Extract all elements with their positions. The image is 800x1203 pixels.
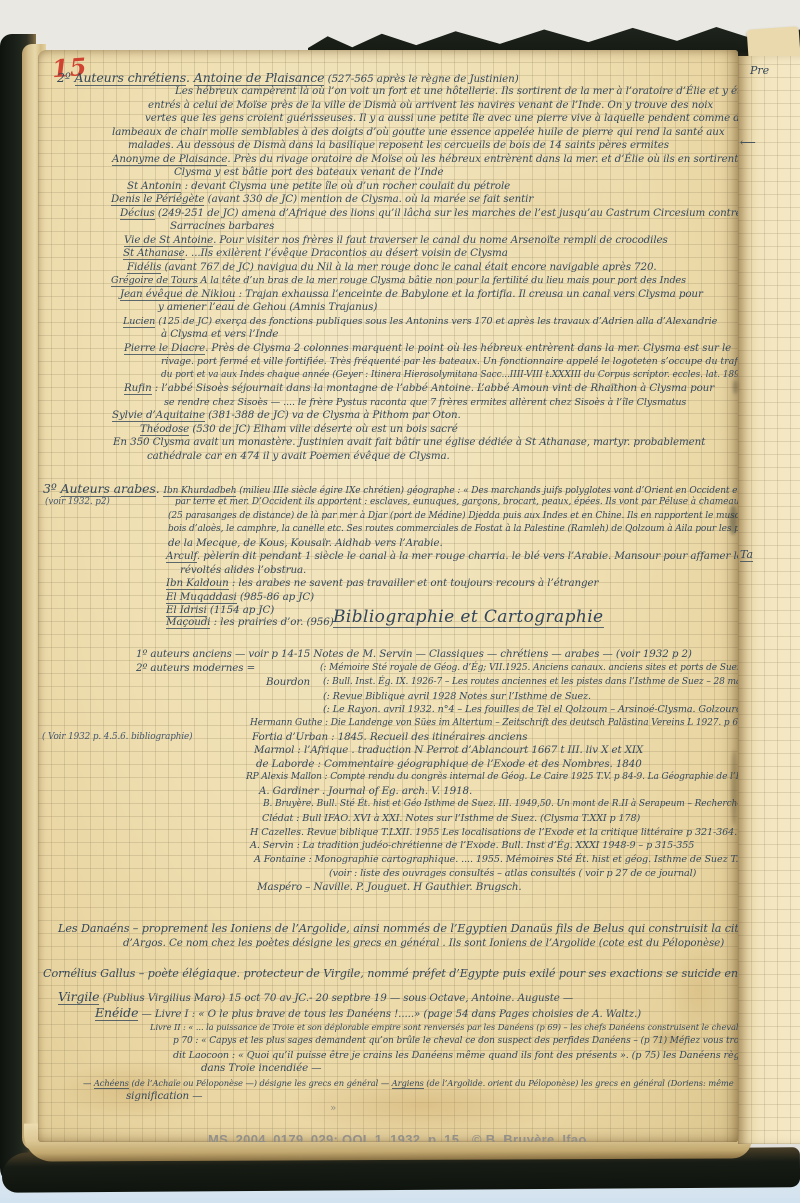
manuscript-line-segment: . ...Ils exilèrent l’évêque Dracontios a… <box>185 247 508 259</box>
manuscript-line: 2º Auteurs chrétiens. Antoine de Plaisan… <box>57 71 519 86</box>
manuscript-line-segment: dans Troie incendiée — <box>201 1062 321 1074</box>
manuscript-line: Marmol : l’Afrique . traduction N Perrot… <box>254 744 643 757</box>
manuscript-line: Pierre le Diacre. Près de Clysma 2 colon… <box>124 342 731 355</box>
manuscript-line-segment: 2º auteurs modernes = <box>136 662 255 674</box>
manuscript-line-segment: . Pour visiter nos frères il faut traver… <box>213 234 668 246</box>
manuscript-line-segment: RP Alexis Mallon : Compte rendu du congr… <box>246 772 738 782</box>
manuscript-line-segment: Livre II : « ... la puissance de Troie e… <box>150 1022 738 1032</box>
manuscript-line-segment: St Antonin <box>127 180 181 193</box>
manuscript-line: de la Mecque, de Kous, Kousaïr. Aidhab v… <box>168 537 443 550</box>
manuscript-line: Ibn Kaldoun : les arabes ne savent pas t… <box>166 577 598 590</box>
manuscript-line: 1º auteurs anciens — voir p 14-15 Notes … <box>136 648 692 661</box>
manuscript-line: Jean évêque de Nikiou : Trajan exhaussa … <box>120 288 703 301</box>
manuscript-line-segment: ( Voir 1932 p. 4.5.6. bibliographie) <box>42 732 193 742</box>
manuscript-line: Décius (249-251 de JC) amena d’Afrique d… <box>120 207 738 220</box>
manuscript-line-segment: signification — <box>126 1090 202 1102</box>
archive-caption-credit: © B. Bruyère, Ifao <box>472 1132 587 1142</box>
manuscript-line-segment: Marmol : l’Afrique . traduction N Perrot… <box>254 744 643 756</box>
manuscript-line-segment: Jean évêque de Nikiou <box>120 288 235 301</box>
manuscript-line-segment: Enéide <box>95 1005 138 1021</box>
manuscript-line-segment: (: Revue Biblique avril 1928 Notes sur l… <box>323 691 591 702</box>
manuscript-line: B. Bruyère. Bull. Sté Ét. hist et Géo Is… <box>263 798 738 811</box>
manuscript-line-segment: St Athanase <box>123 247 185 260</box>
manuscript-line-segment: révoltés alides l’obstrua. <box>180 564 306 576</box>
manuscript-line: 2º auteurs modernes = <box>136 662 255 675</box>
manuscript-line-segment: (381-388 de JC) va de Clysma à Pithom pa… <box>205 409 461 421</box>
next-page-text-fragment: ⟵ <box>740 136 756 149</box>
manuscript-line: Clysma y est bâtie port des bateaux vena… <box>174 166 443 179</box>
manuscript-line: se rendre chez Sisoès — .... le frère Py… <box>164 396 686 409</box>
manuscript-line-segment: : les arabes ne savent pas travailler et… <box>229 577 599 589</box>
manuscript-line-segment: bois d’aloès, le camphre, la canelle etc… <box>168 524 738 534</box>
archive-caption-id: MS_2004_0179_029: QOL 1, 1932, p. 15 <box>208 1132 459 1142</box>
manuscript-line-segment: (: Bull. Inst. Ég. IX. 1926-7 – Les rout… <box>323 677 738 687</box>
manuscript-line-segment: El Muqaddasi <box>166 591 237 604</box>
manuscript-line: Livre II : « ... la puissance de Troie e… <box>150 1021 738 1034</box>
manuscript-line-segment: — <box>83 1078 94 1088</box>
manuscript-line-segment: A la tête d’un bras de la mer rouge Clys… <box>198 275 686 286</box>
manuscript-line: A Fontaine : Monographie cartographique.… <box>254 853 738 866</box>
manuscript-line: En 350 Clysma avait un monastère. Justin… <box>113 436 705 449</box>
manuscript-line-segment: par terre et mer. D’Occident ils apporte… <box>175 497 738 507</box>
manuscript-line: Maspéro – Naville. P. Jouguet. H Gauthie… <box>257 881 522 894</box>
manuscript-line-segment: p 70 : « Capys et les plus sages demande… <box>173 1036 738 1046</box>
manuscript-line-segment: cathédrale car en 474 il y avait Poemen … <box>147 450 450 462</box>
manuscript-line: Les Danaéns – proprement les Ioniens de … <box>58 922 738 935</box>
manuscript-line-segment: Pierre le Diacre <box>124 342 205 355</box>
manuscript-line: Maçoudi : les prairies d’or. (956) <box>166 616 334 629</box>
manuscript-line: H Cazelles. Revue biblique T.LXII. 1955 … <box>250 826 737 839</box>
manuscript-line-segment: (1154 ap JC) <box>207 604 275 616</box>
manuscript-line: Enéide — Livre I : « O le plus brave de … <box>95 1006 641 1021</box>
manuscript-line: Bourdon <box>266 676 310 689</box>
biblio-heading: Bibliographie et Cartographie <box>333 606 604 628</box>
manuscript-line: rivage. port fermé et ville fortifiée. T… <box>161 355 738 368</box>
manuscript-line: Anonyme de Plaisance. Près du rivage ora… <box>112 153 738 166</box>
manuscript-line-segment: — Livre I : « O le plus brave de tous le… <box>138 1008 641 1020</box>
manuscript-line-segment: Bibliographie et Cartographie <box>333 607 604 628</box>
manuscript-line-segment: (527-565 après le règne de Justinien) <box>324 73 518 85</box>
manuscript-line-segment: (voir : liste des ouvrages consultés – a… <box>329 868 696 879</box>
manuscript-line-segment: de la Mecque, de Kous, Kousaïr. Aidhab v… <box>168 537 443 549</box>
manuscript-line-segment: (avant 330 de JC) mention de Clysma. où … <box>204 193 533 205</box>
manuscript-line-segment: Sarracines barbares <box>170 220 274 232</box>
manuscript-line-segment: Ibn Kaldoun <box>166 577 229 590</box>
manuscript-line-segment: 1º auteurs anciens — voir p 14-15 Notes … <box>136 648 692 660</box>
manuscript-line-segment: (Publius Virgilius Maro) 15 oct 70 av JC… <box>99 992 573 1004</box>
manuscript-line: Cornélius Gallus – poète élégiaque. prot… <box>43 967 738 980</box>
manuscript-line-segment: A. Servin : La tradition judéo-chrétienn… <box>250 840 694 851</box>
manuscript-line-segment: A Fontaine : Monographie cartographique.… <box>254 854 738 865</box>
manuscript-line: du port et va aux Indes chaque année (Ge… <box>161 369 738 382</box>
manuscript-line: (voir : liste des ouvrages consultés – a… <box>329 867 696 880</box>
manuscript-line-segment: du port et va aux Indes chaque année (Ge… <box>161 370 738 380</box>
manuscript-line-segment: Clysma y est bâtie port des bateaux vena… <box>174 166 443 178</box>
manuscript-line: révoltés alides l’obstrua. <box>180 564 306 577</box>
manuscript-line-segment: à Clysma et vers l’Inde <box>161 328 278 340</box>
manuscript-line-segment: de Laborde : Commentaire géographique de… <box>256 758 642 770</box>
manuscript-line-segment: : devant Clysma une petite île où d’un r… <box>181 180 510 192</box>
manuscript-line-segment: 3º <box>43 481 61 496</box>
manuscript-line: A. Servin : La tradition judéo-chrétienn… <box>250 839 694 852</box>
manuscript-line-segment: Anonyme de Plaisance <box>112 153 227 166</box>
manuscript-line-segment: (: Le Rayon. avril 1932. n°4 – Les fouil… <box>323 704 738 715</box>
manuscript-line-segment: . Près de Clysma 2 colonnes marquent le … <box>205 342 731 354</box>
manuscript-line: Fidélis (avant 767 de JC) navigua du Nil… <box>127 261 657 274</box>
manuscript-line: Les hébreux campèrent là où l’on voit un… <box>175 85 738 98</box>
next-page-text-fragment: Pre <box>750 64 769 77</box>
manuscript-line: Arculf. pèlerin dit pendant 1 siècle le … <box>166 550 738 563</box>
manuscript-line-segment: Sylvie d’Aquitaine <box>112 409 205 422</box>
manuscript-line: Sylvie d’Aquitaine (381-388 de JC) va de… <box>112 409 461 422</box>
manuscript-line: p 70 : « Capys et les plus sages demande… <box>173 1035 738 1048</box>
manuscript-line: Denis le Périégète (avant 330 de JC) men… <box>111 193 533 206</box>
manuscript-line-segment: : Trajan exhaussa l’enceinte de Babylone… <box>235 288 702 300</box>
pencil-mark: » <box>330 1102 336 1115</box>
manuscript-line: par terre et mer. D’Occident ils apporte… <box>175 496 738 509</box>
manuscript-line-segment: rivage. port fermé et ville fortifiée. T… <box>161 356 738 367</box>
manuscript-line-segment: Argiens <box>392 1078 424 1089</box>
manuscript-line-segment: Auteurs arabes <box>61 481 156 497</box>
manuscript-line-segment: Auteurs chrétiens <box>75 70 187 86</box>
manuscript-line-segment: d’Argos. Ce nom chez les poètes désigne … <box>123 937 724 949</box>
manuscript-line-segment: . pèlerin dit pendant 1 siècle le canal … <box>197 550 738 562</box>
manuscript-line-segment: Hermann Guthe : Die Landenge von Sües im… <box>250 718 738 728</box>
manuscript-line-segment: Fortia d’Urban : 1845. Recueil des itiné… <box>252 731 527 743</box>
next-page-partial: Pre⟵Ta <box>738 56 800 1144</box>
manuscript-line: malades. Au dessous de Dismà dans la bas… <box>128 139 669 152</box>
manuscript-line: St Athanase. ...Ils exilèrent l’évêque D… <box>123 247 508 260</box>
manuscript-line: (25 parasanges de distance) de là par me… <box>168 510 738 523</box>
manuscript-line-segment: Arculf <box>166 550 197 563</box>
manuscript-line-segment: : l’abbé Sisoès séjournait dans la monta… <box>152 382 714 394</box>
manuscript-line-segment: B. Bruyère. Bull. Sté Ét. hist et Géo Is… <box>263 799 738 809</box>
manuscript-line: Clédat : Bull IFAO. XVI à XXI. Notes sur… <box>262 812 640 825</box>
manuscript-line-segment: y amener l’eau de Gehou (Amnis Trajanus) <box>158 301 377 313</box>
manuscript-line-segment: (530 de JC) Elham ville déserte où est u… <box>189 423 458 435</box>
manuscript-line: vertes que les gens croient guérisseuses… <box>145 112 738 125</box>
manuscript-line-segment: Virgile <box>58 989 99 1005</box>
manuscript-line-segment: (de l’Argolide. orient du Péloponèse) le… <box>424 1078 734 1088</box>
manuscript-line: Vie de St Antoine. Pour visiter nos frèr… <box>124 234 668 247</box>
manuscript-line: (: Bull. Inst. Ég. IX. 1926-7 – Les rout… <box>323 676 738 689</box>
manuscript-line-segment: (de l’Achaïe ou Péloponèse —) désigne le… <box>129 1078 392 1088</box>
manuscript-line-segment: : les prairies d’or. (956) <box>210 616 333 628</box>
manuscript-line-segment: (milieu IIIe siècle égire IXe chrétien) … <box>236 486 738 496</box>
manuscript-line: entrés à celui de Moïse près de la ville… <box>148 99 713 112</box>
manuscript-line-segment: dit Laocoon : « Quoi qu’il puisse être j… <box>173 1050 738 1061</box>
manuscript-line-segment: Lucien <box>123 316 155 328</box>
manuscript-line: y amener l’eau de Gehou (Amnis Trajanus) <box>158 301 377 314</box>
manuscript-line: Rufin : l’abbé Sisoès séjournait dans la… <box>124 382 714 395</box>
manuscript-line: Sarracines barbares <box>170 220 274 233</box>
manuscript-line: St Antonin : devant Clysma une petite îl… <box>127 180 510 193</box>
manuscript-line: Grégoire de Tours A la tête d’un bras de… <box>111 274 686 287</box>
next-page-text-fragment: Ta <box>740 548 753 562</box>
manuscript-line-segment: Maçoudi <box>166 616 210 629</box>
manuscript-line: El Muqaddasi (985-86 ap JC) <box>166 591 314 604</box>
manuscript-line-segment: Denis le Périégète <box>111 193 204 206</box>
manuscript-line-segment: Grégoire de Tours <box>111 275 198 287</box>
manuscript-line-segment: . Près du rivage oratoire de Moïse où le… <box>227 153 738 165</box>
manuscript-line: bois d’aloès, le camphre, la canelle etc… <box>168 523 738 536</box>
manuscript-line: Virgile (Publius Virgilius Maro) 15 oct … <box>58 990 573 1005</box>
manuscript-line-segment: entrés à celui de Moïse près de la ville… <box>148 99 713 111</box>
manuscript-line-segment: Décius <box>120 207 155 220</box>
scanned-notebook-page: Pre⟵Ta 15 2º Auteurs chrétiens. Antoine … <box>0 0 800 1203</box>
manuscript-line-segment: Théodose <box>140 423 189 436</box>
manuscript-line-segment: se rendre chez Sisoès — .... le frère Py… <box>164 397 686 408</box>
manuscript-line-segment: 2º <box>57 70 75 85</box>
manuscript-line: de Laborde : Commentaire géographique de… <box>256 758 642 771</box>
manuscript-line: dit Laocoon : « Quoi qu’il puisse être j… <box>173 1049 738 1062</box>
manuscript-line: (: Mémoire Sté royale de Géog. d’Ég; VII… <box>320 662 738 675</box>
manuscript-line-segment: . <box>186 70 194 85</box>
manuscript-line-segment: Vie de St Antoine <box>124 234 213 247</box>
manuscript-line: lambeaux de chair molle semblables à des… <box>112 126 725 139</box>
manuscript-line: (: Le Rayon. avril 1932. n°4 – Les fouil… <box>323 703 738 716</box>
manuscript-line: (: Revue Biblique avril 1928 Notes sur l… <box>323 690 591 703</box>
manuscript-line: A. Gardiner . Journal of Eg. arch. V. 19… <box>259 785 472 798</box>
manuscript-line: Théodose (530 de JC) Elham ville déserte… <box>140 423 458 436</box>
manuscript-line-segment: (25 parasanges de distance) de là par me… <box>168 511 738 521</box>
manuscript-line-segment: » <box>330 1102 336 1114</box>
manuscript-line-segment: Les Danaéns – proprement les Ioniens de … <box>58 922 738 935</box>
manuscript-line: Lucien (125 de JC) exerça des fonctions … <box>123 315 717 328</box>
manuscript-line-segment: Les hébreux campèrent là où l’on voit un… <box>175 85 738 97</box>
manuscript-line-segment: (249-251 de JC) amena d’Afrique des lion… <box>155 207 738 219</box>
manuscript-line-segment: Bourdon <box>266 676 310 688</box>
margin-note: ( Voir 1932 p. 4.5.6. bibliographie) <box>42 731 193 744</box>
manuscript-line: — Achéens (de l’Achaïe ou Péloponèse —) … <box>83 1077 734 1090</box>
manuscript-line-segment: (: Mémoire Sté royale de Géog. d’Ég; VII… <box>320 663 738 673</box>
manuscript-line-segment: (125 de JC) exerça des fonctions publiqu… <box>155 316 717 327</box>
manuscript-line-segment: (avant 767 de JC) navigua du Nil à la me… <box>161 261 656 273</box>
manuscript-line-segment: (985-86 ap JC) <box>237 591 314 603</box>
manuscript-line-segment: Achéens <box>94 1078 129 1089</box>
manuscript-line-segment: Maspéro – Naville. P. Jouguet. H Gauthie… <box>257 881 522 893</box>
manuscript-line: d’Argos. Ce nom chez les poètes désigne … <box>123 937 724 950</box>
manuscript-line: cathédrale car en 474 il y avait Poemen … <box>147 450 450 463</box>
manuscript-line-segment: Cornélius Gallus – poète élégiaque. prot… <box>43 967 738 980</box>
manuscript-line-segment: (voir 1932. p2) <box>45 497 110 507</box>
manuscript-line: signification — <box>126 1090 202 1103</box>
manuscript-line: RP Alexis Mallon : Compte rendu du congr… <box>246 771 738 784</box>
manuscript-line: à Clysma et vers l’Inde <box>161 328 278 341</box>
manuscript-line: Hermann Guthe : Die Landenge von Sües im… <box>250 717 738 730</box>
manuscript-line-segment: Clédat : Bull IFAO. XVI à XXI. Notes sur… <box>262 813 640 824</box>
manuscript-line-segment: vertes que les gens croient guérisseuses… <box>145 112 738 124</box>
manuscript-line: Fortia d’Urban : 1845. Recueil des itiné… <box>252 731 527 744</box>
manuscript-line-segment: Antoine de Plaisance <box>194 70 325 86</box>
manuscript-line-segment: Rufin <box>124 382 152 395</box>
manuscript-line-segment: malades. Au dessous de Dismà dans la bas… <box>128 139 669 151</box>
manuscript-line-segment: En 350 Clysma avait un monastère. Justin… <box>113 436 705 448</box>
manuscript-page: 15 2º Auteurs chrétiens. Antoine de Plai… <box>38 50 738 1142</box>
manuscript-line: dans Troie incendiée — <box>201 1062 321 1075</box>
manuscript-line-segment: A. Gardiner . Journal of Eg. arch. V. 19… <box>259 785 472 797</box>
margin-note: (voir 1932. p2) <box>45 496 110 509</box>
manuscript-line-segment: lambeaux de chair molle semblables à des… <box>112 126 725 138</box>
manuscript-line-segment: H Cazelles. Revue biblique T.LXII. 1955 … <box>250 827 737 838</box>
manuscript-line-segment: Fidélis <box>127 261 161 274</box>
manuscript-text: 2º Auteurs chrétiens. Antoine de Plaisan… <box>38 50 738 1142</box>
